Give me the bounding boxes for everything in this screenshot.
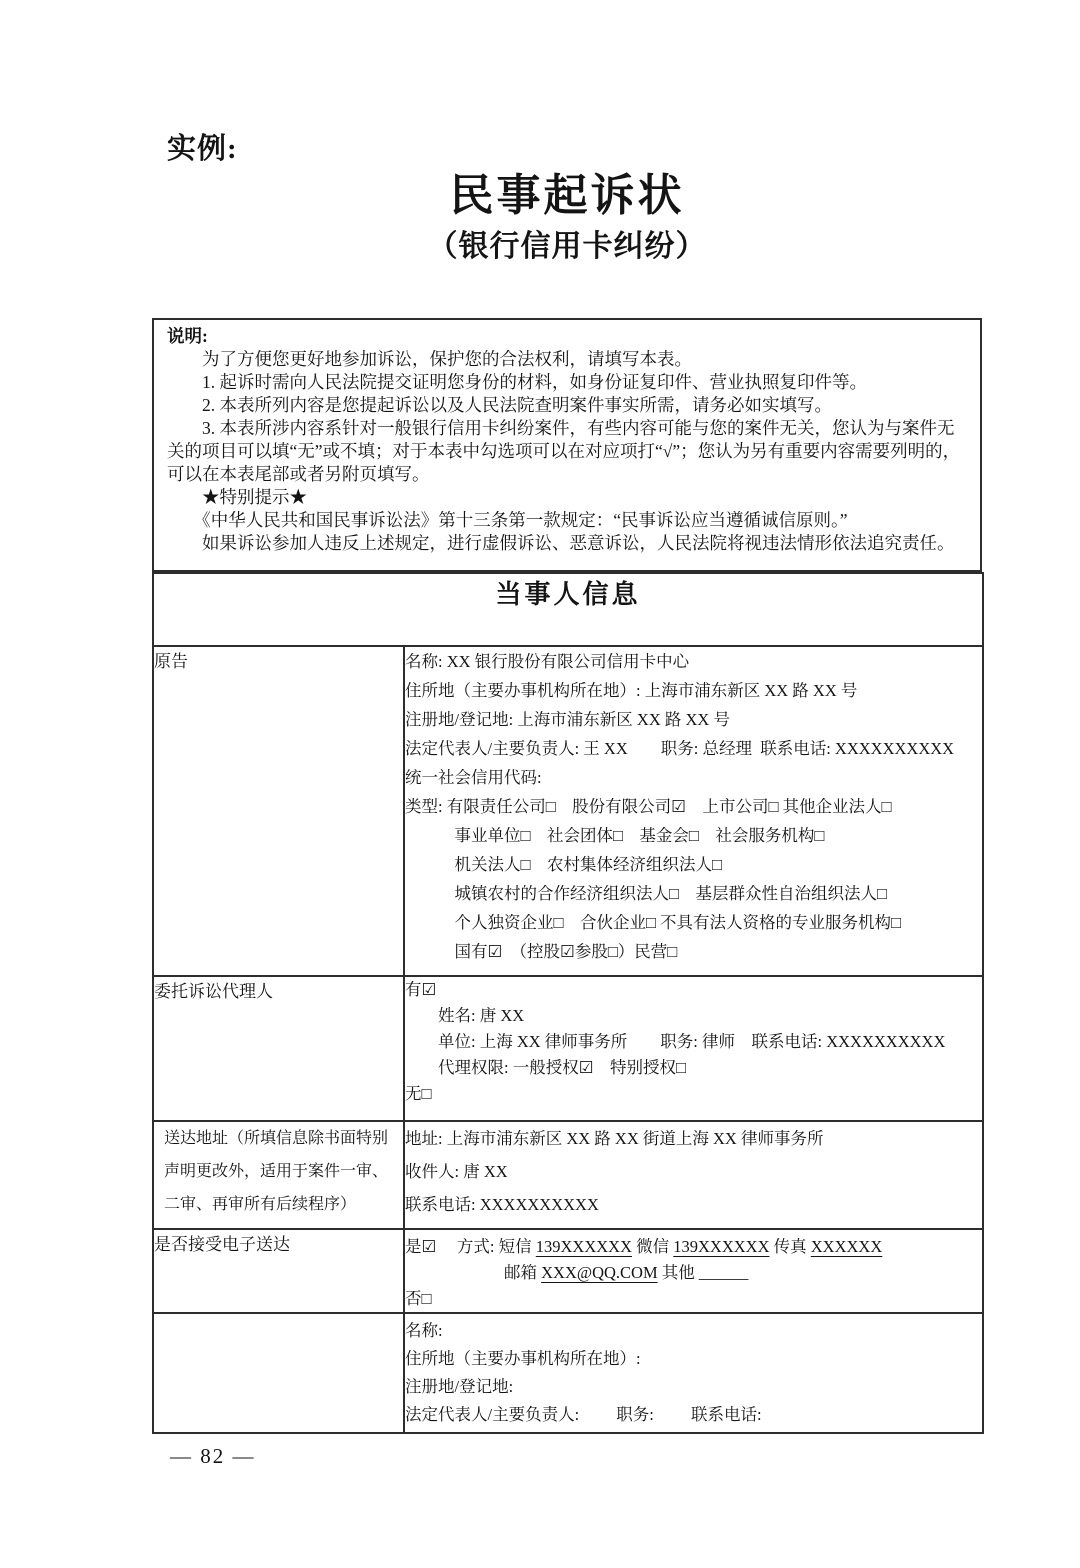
litigation-agent-detail-line: 代理权限: 一般授权☑ 特别授权□: [405, 1055, 982, 1081]
text-segment: 邮箱: [405, 1263, 541, 1282]
text-segment: 微信: [632, 1237, 673, 1256]
plaintiff-detail-line: 住所地（主要办事机构所在地）: 上海市浦东新区 XX 路 XX 号: [405, 676, 982, 705]
service-address-details: 地址: 上海市浦东新区 XX 路 XX 街道上海 XX 律师事务所收件人: 唐 …: [404, 1121, 983, 1229]
litigation-agent-row-label: 委托诉讼代理人: [153, 976, 404, 1121]
plaintiff-detail-line: 城镇农村的合作经济组织法人□ 基层群众性自治组织法人□: [405, 879, 982, 908]
notice-paragraph: 《中华人民共和国民事诉讼法》第十三条第一款规定：“民事诉讼应当遵循诚信原则。”: [167, 509, 966, 532]
service-address-detail-line: 收件人: 唐 XX: [405, 1155, 982, 1188]
document-subtitle: （银行信用卡纠纷）: [152, 228, 982, 266]
underlined-fill-in-value: 139XXXXXX: [536, 1237, 632, 1256]
notice-paragraph: ★特别提示★: [167, 486, 966, 509]
table-row-defendant: 名称: 住所地（主要办事机构所在地）: 注册地/登记地: 法定代表人/主要负责人…: [153, 1313, 983, 1433]
defendant-detail-line: 名称:: [405, 1317, 982, 1345]
underlined-fill-in-value: 139XXXXXX: [673, 1237, 769, 1256]
plaintiff-detail-line: 法定代表人/主要负责人: 王 XX 职务: 总经理 联系电话: XXXXXXXX…: [405, 734, 982, 763]
notice-paragraph: 2. 本表所列内容是您提起诉讼以及人民法院查明案件事实所需，请务必如实填写。: [167, 394, 966, 417]
service-address-detail-line: 联系电话: XXXXXXXXXX: [405, 1188, 982, 1221]
notice-paragraph: 为了方便您更好地参加诉讼，保护您的合法权利，请填写本表。: [167, 348, 966, 371]
underlined-fill-in-value: XXX@QQ.COM: [541, 1263, 658, 1282]
defendant-details: 名称: 住所地（主要办事机构所在地）: 注册地/登记地: 法定代表人/主要负责人…: [404, 1313, 983, 1433]
litigation-agent-detail-line: 单位: 上海 XX 律师事务所 职务: 律师 联系电话: XXXXXXXXXX: [405, 1029, 982, 1055]
text-segment: 是☑ 方式: 短信: [405, 1237, 536, 1256]
plaintiff-detail-line: 名称: XX 银行股份有限公司信用卡中心: [405, 647, 982, 676]
party-info-section-title: 当事人信息: [153, 573, 983, 646]
plaintiff-detail-line: 事业单位□ 社会团体□ 基金会□ 社会服务机构□: [405, 821, 982, 850]
party-info-table: 当事人信息 原告 名称: XX 银行股份有限公司信用卡中心住所地（主要办事机构所…: [152, 572, 984, 1434]
plaintiff-detail-line: 个人独资企业□ 合伙企业□ 不具有法人资格的专业服务机构□: [405, 908, 982, 937]
service-address-row-label: 送达地址（所填信息除书面特别声明更改外，适用于案件一审、二审、再审所有后续程序）: [153, 1121, 404, 1229]
table-row-section-header: 当事人信息: [153, 573, 983, 646]
defendant-detail-line: 住所地（主要办事机构所在地）:: [405, 1345, 982, 1373]
defendant-detail-line: 法定代表人/主要负责人: 职务: 联系电话:: [405, 1401, 982, 1429]
electronic-service-row-label: 是否接受电子送达: [153, 1229, 404, 1313]
text-segment: 传真: [770, 1237, 811, 1256]
plaintiff-detail-line: 类型: 有限责任公司□ 股份有限公司☑ 上市公司□ 其他企业法人□: [405, 792, 982, 821]
heading-block: 民事起诉状 （银行信用卡纠纷）: [152, 170, 982, 266]
litigation-agent-detail-line: 有☑: [405, 977, 982, 1003]
notice-paragraph: 如果诉讼参加人违反上述规定，进行虚假诉讼、恶意诉讼，人民法院将视违法情形依法追究…: [167, 532, 966, 555]
plaintiff-detail-line: 统一社会信用代码:: [405, 763, 982, 792]
table-row-plaintiff: 原告 名称: XX 银行股份有限公司信用卡中心住所地（主要办事机构所在地）: 上…: [153, 646, 983, 976]
plaintiff-detail-line: 国有☑ （控股☑参股□）民营□: [405, 937, 982, 966]
page-number: — 82 —: [170, 1444, 256, 1469]
notice-paragraphs: 为了方便您更好地参加诉讼，保护您的合法权利，请填写本表。 1. 起诉时需向人民法…: [167, 348, 966, 555]
example-label: 实例:: [167, 126, 238, 167]
plaintiff-detail-line: 注册地/登记地: 上海市浦东新区 XX 路 XX 号: [405, 705, 982, 734]
table-row-litigation-agent: 委托诉讼代理人 有☑ 姓名: 唐 XX 单位: 上海 XX 律师事务所 职务: …: [153, 976, 983, 1121]
document-page: 实例: 民事起诉状 （银行信用卡纠纷） 说明: 为了方便您更好地参加诉讼，保护您…: [0, 0, 1080, 1568]
defendant-row-label: [153, 1313, 404, 1433]
plaintiff-detail-line: 机关法人□ 农村集体经济组织法人□: [405, 850, 982, 879]
document-title: 民事起诉状: [152, 170, 982, 222]
table-row-electronic-service: 是否接受电子送达 是☑ 方式: 短信 139XXXXXX 微信 139XXXXX…: [153, 1229, 983, 1313]
litigation-agent-detail-line: 姓名: 唐 XX: [405, 1003, 982, 1029]
litigation-agent-details: 有☑ 姓名: 唐 XX 单位: 上海 XX 律师事务所 职务: 律师 联系电话:…: [404, 976, 983, 1121]
electronic-service-detail-line: 否□: [405, 1286, 982, 1312]
text-segment: 其他: [658, 1263, 699, 1282]
service-address-detail-line: 地址: 上海市浦东新区 XX 路 XX 街道上海 XX 律师事务所: [405, 1122, 982, 1155]
electronic-service-detail-line: 是☑ 方式: 短信 139XXXXXX 微信 139XXXXXX 传真 XXXX…: [405, 1234, 982, 1260]
defendant-detail-line: 注册地/登记地:: [405, 1373, 982, 1401]
notice-paragraph: 3. 本表所涉内容系针对一般银行信用卡纠纷案件，有些内容可能与您的案件无关，您认…: [167, 417, 966, 486]
litigation-agent-detail-line: 无□: [405, 1081, 982, 1107]
electronic-service-detail-line: 邮箱 XXX@QQ.COM 其他 ______: [405, 1260, 982, 1286]
notice-heading: 说明:: [167, 325, 966, 348]
text-segment: ______: [699, 1263, 749, 1282]
notice-box: 说明: 为了方便您更好地参加诉讼，保护您的合法权利，请填写本表。 1. 起诉时需…: [152, 318, 982, 572]
plaintiff-row-label: 原告: [153, 646, 404, 976]
electronic-service-details: 是☑ 方式: 短信 139XXXXXX 微信 139XXXXXX 传真 XXXX…: [404, 1229, 983, 1313]
underlined-fill-in-value: XXXXXX: [811, 1237, 883, 1256]
notice-paragraph: 1. 起诉时需向人民法院提交证明您身份的材料，如身份证复印件、营业执照复印件等。: [167, 371, 966, 394]
plaintiff-details: 名称: XX 银行股份有限公司信用卡中心住所地（主要办事机构所在地）: 上海市浦…: [404, 646, 983, 976]
table-row-service-address: 送达地址（所填信息除书面特别声明更改外，适用于案件一审、二审、再审所有后续程序）…: [153, 1121, 983, 1229]
